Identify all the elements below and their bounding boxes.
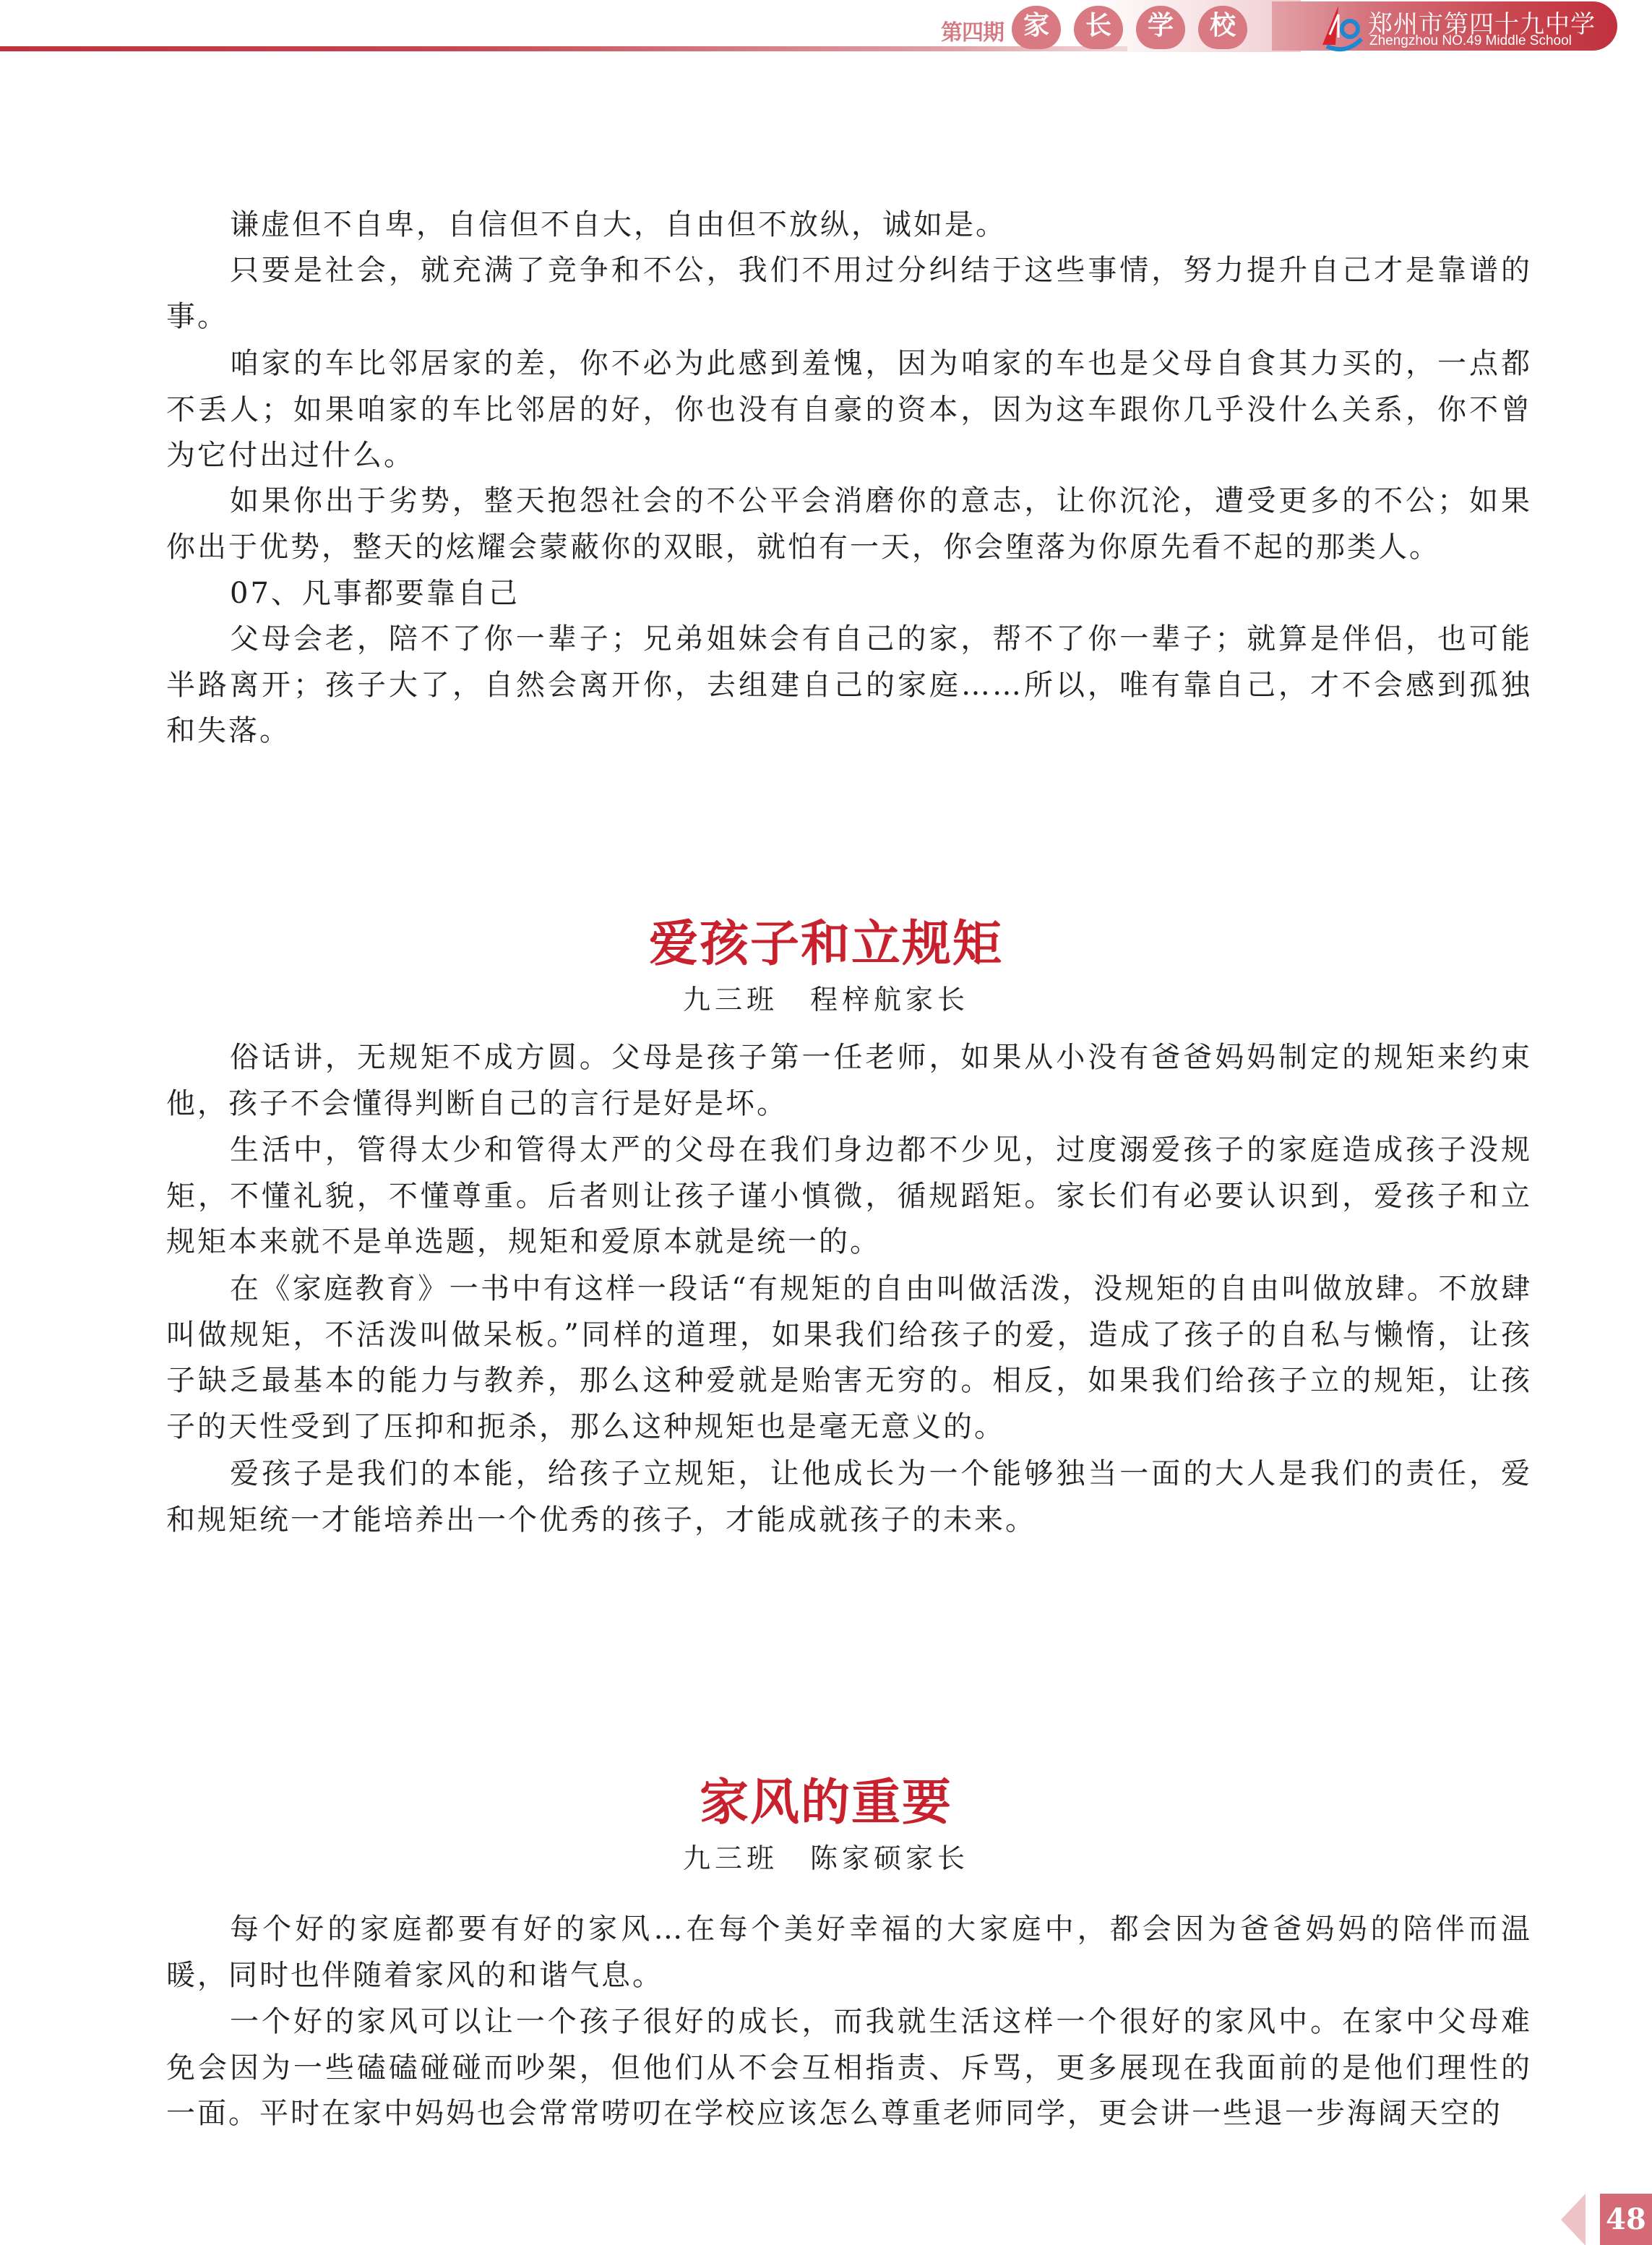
school-name-en: Zhengzhou NO.49 Middle School bbox=[1369, 33, 1572, 49]
paragraph: 生活中，管得太少和管得太严的父母在我们身边都不少见，过度溺爱孩子的家庭造成孩子没… bbox=[166, 1128, 1532, 1266]
page-number: 48 bbox=[1600, 2194, 1652, 2245]
paragraph: 如果你出于劣势，整天抱怨社会的不公平会消磨你的意志，让你沉沦，遭受更多的不公；如… bbox=[166, 478, 1532, 570]
article-title: 家风的重要 bbox=[0, 1764, 1652, 1834]
article-title: 爱孩子和立规矩 bbox=[0, 905, 1652, 975]
issue-label: 第四期 bbox=[941, 14, 1004, 46]
section-heading: 07、凡事都要靠自己 bbox=[166, 571, 1532, 617]
column-char-xiao: 校 bbox=[1198, 6, 1247, 49]
paragraph: 父母会老，陪不了你一辈子；兄弟姐妹会有自己的家，帮不了你一辈子；就算是伴侣，也可… bbox=[166, 617, 1532, 755]
paragraph: 咱家的车比邻居家的差，你不必为此感到羞愧，因为咱家的车也是父母自食其力买的，一点… bbox=[166, 341, 1532, 479]
paragraph: 俗话讲，无规矩不成方圆。父母是孩子第一任老师，如果从小没有爸爸妈妈制定的规矩来约… bbox=[166, 1035, 1532, 1127]
article-byline: 九三班 陈家硕家长 bbox=[0, 1836, 1652, 1876]
column-char-zhang: 长 bbox=[1074, 6, 1123, 49]
school-49-logo-icon bbox=[1317, 3, 1367, 53]
article-byline: 九三班 程梓航家长 bbox=[0, 977, 1652, 1017]
paragraph: 只要是社会，就充满了竞争和不公，我们不用过分纠结于这些事情，努力提升自己才是靠谱… bbox=[166, 248, 1532, 340]
paragraph: 爱孩子是我们的本能，给孩子立规矩，让他成长为一个能够独当一面的大人是我们的责任，… bbox=[166, 1451, 1532, 1543]
column-char-xue: 学 bbox=[1136, 6, 1185, 49]
paragraph: 在《家庭教育》一书中有这样一段话“有规矩的自由叫做活泼，没规矩的自由叫做放肆。不… bbox=[166, 1266, 1532, 1450]
page-header: 第四期 家 长 学 校 郑州市第四十九中学 Zhengzhou NO.49 Mi… bbox=[0, 0, 1652, 58]
header-rule bbox=[0, 46, 1127, 51]
paragraph: 谦虚但不自卑，自信但不自大，自由但不放纵，诚如是。 bbox=[166, 202, 1532, 249]
column-char-jia: 家 bbox=[1012, 6, 1061, 49]
page-arrow-left-icon bbox=[1561, 2194, 1586, 2245]
paragraph: 每个好的家庭都要有好的家风…在每个美好幸福的大家庭中，都会因为爸爸妈妈的陪伴而温… bbox=[166, 1907, 1532, 1999]
paragraph: 一个好的家风可以让一个孩子很好的成长，而我就生活这样一个很好的家风中。在家中父母… bbox=[166, 1999, 1532, 2137]
